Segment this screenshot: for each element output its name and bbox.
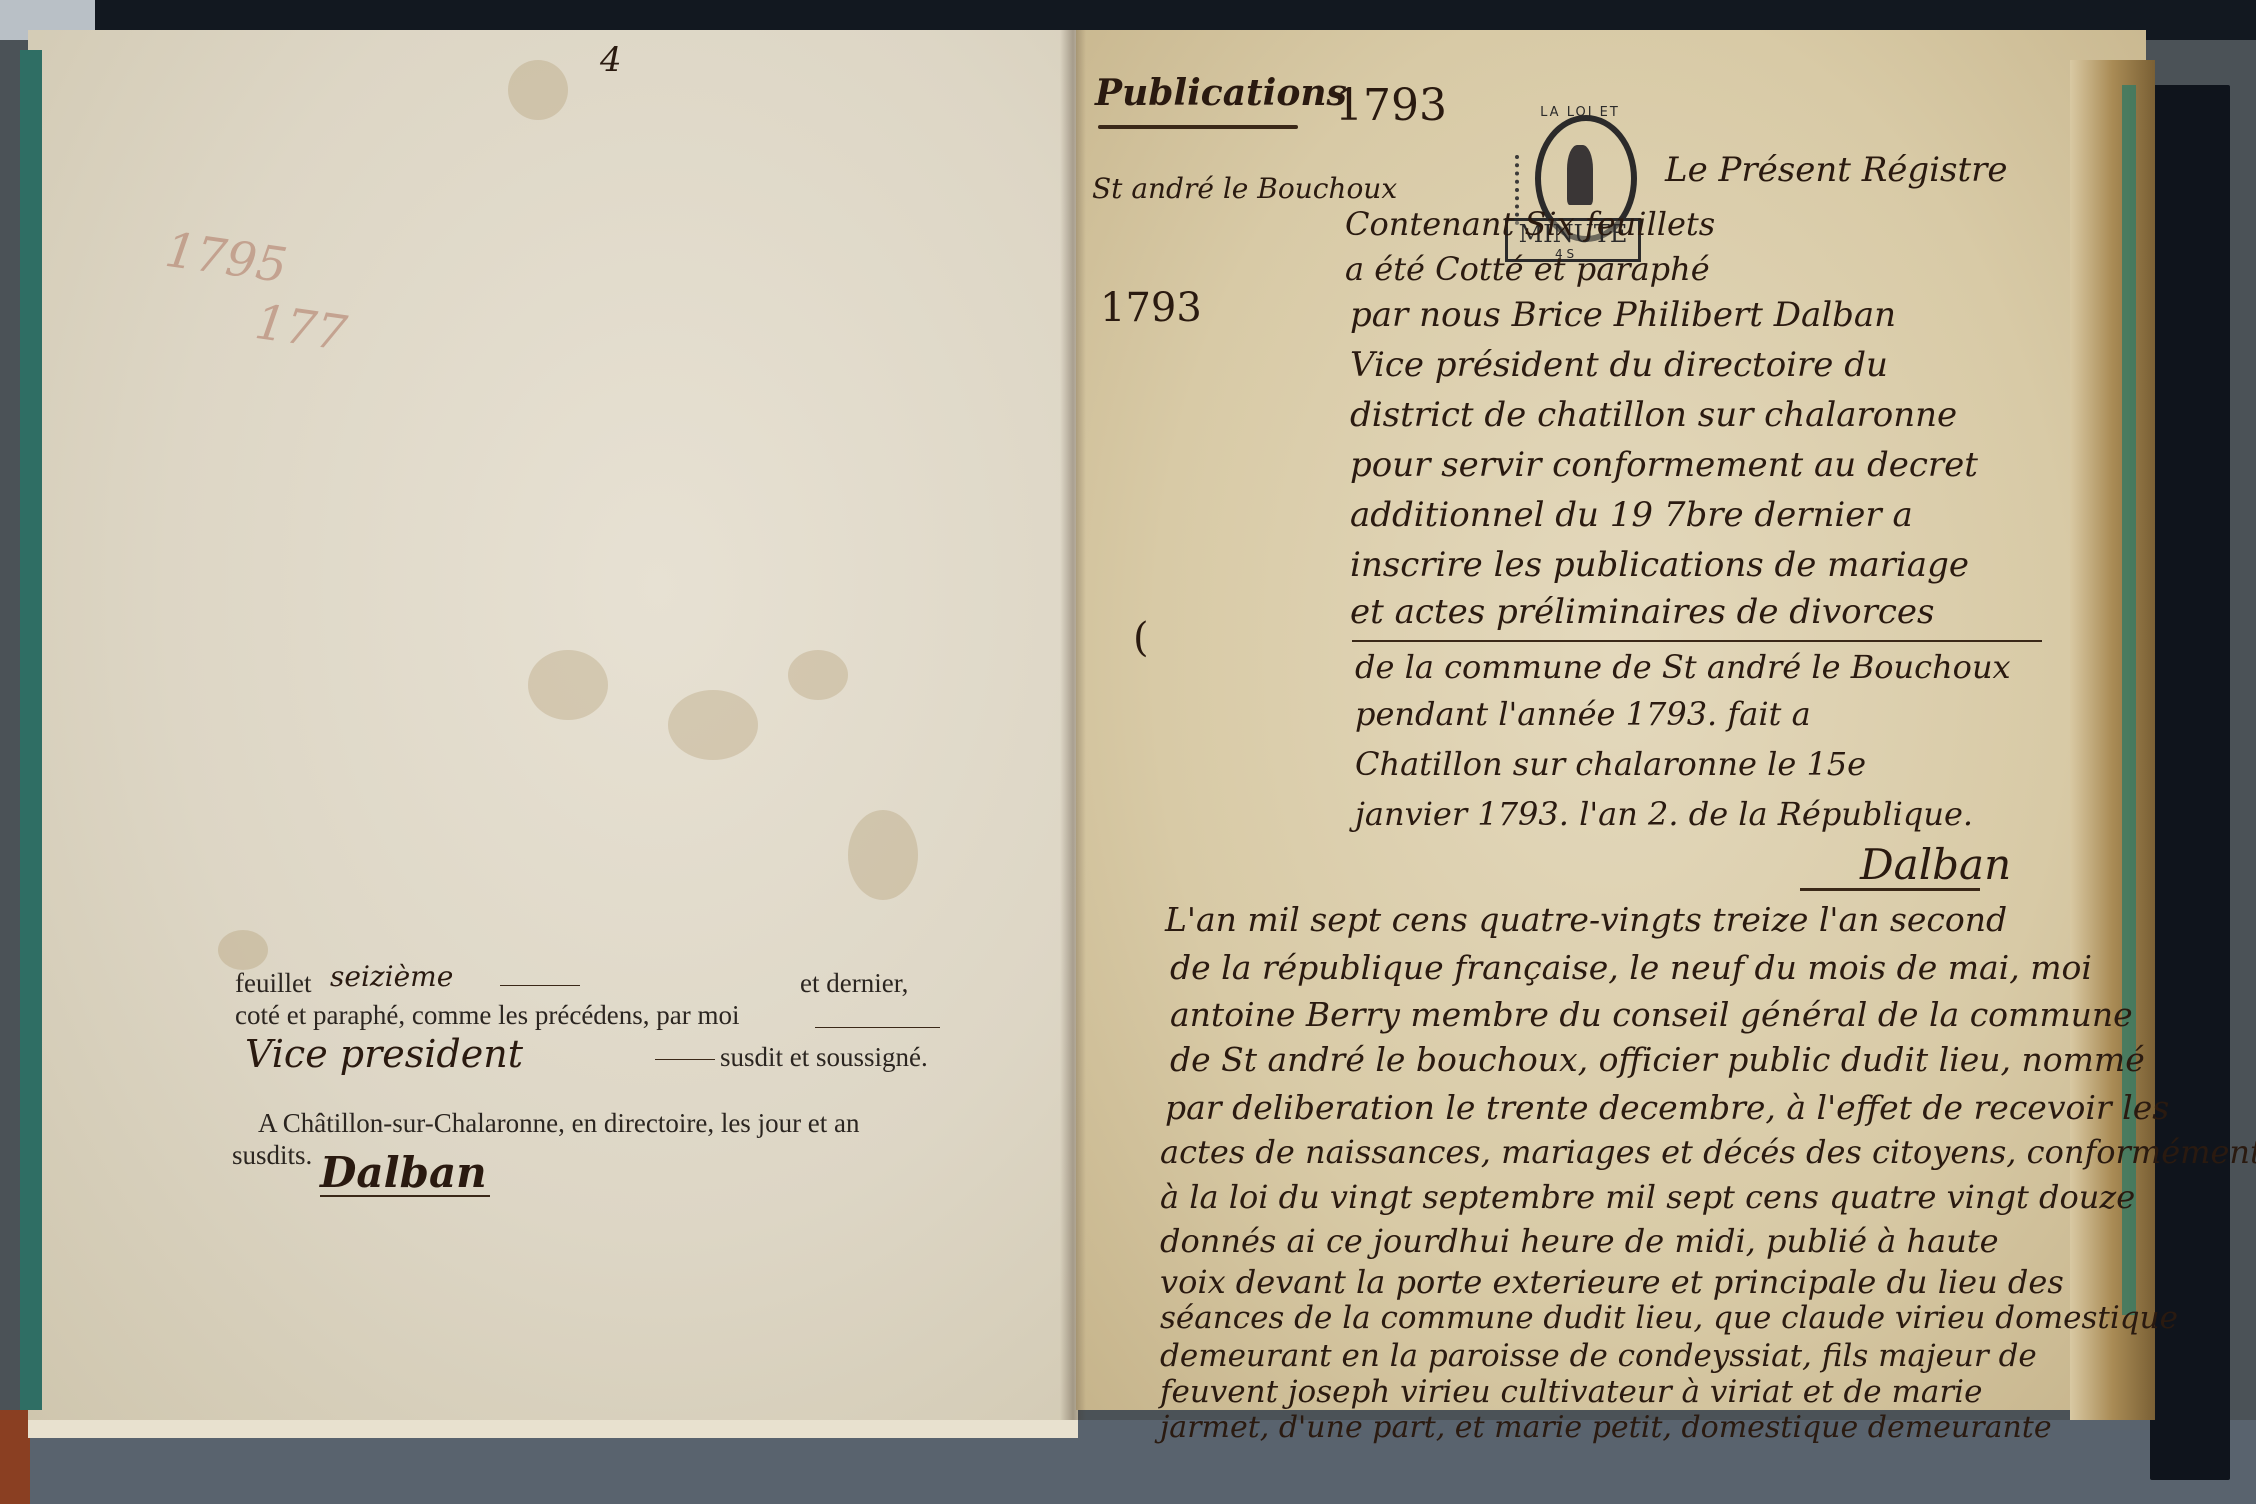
book-gutter [1060,30,1086,1420]
wood-table-edge [0,1410,30,1504]
entry-line: demeurant en la paroisse de condeyssiat,… [1160,1338,2037,1374]
preamble-line: janvier 1793. l'an 2. de la République. [1355,795,1973,833]
preamble-line: Chatillon sur chalaronne le 15e [1355,745,1866,783]
margin-year: 1793 [1100,285,1202,331]
printed-text: susdits. [232,1140,312,1171]
green-binding-strip [20,50,42,1410]
preamble-line: additionnel du 19 7bre dernier a [1350,495,1913,535]
entry-line: de la république française, le neuf du m… [1170,948,2092,987]
foxing-stain [668,690,758,760]
foxing-stain [848,810,918,900]
entry-line: séances de la commune dudit lieu, que cl… [1160,1300,2178,1336]
foxing-stain [218,930,268,970]
foxing-stain [788,650,848,700]
handwritten-fill: Vice president [245,1032,523,1076]
fill-rule [815,1027,940,1028]
preamble-line: Contenant Six feuillets [1345,205,1715,243]
handwritten-fill: seizième [330,960,453,993]
preamble-line: pendant l'année 1793. fait a [1355,695,1811,733]
signature-flourish [1800,888,1980,891]
entry-line: de St andré le bouchoux, officier public… [1170,1040,2145,1079]
corner-page-mark: 4 [600,40,622,80]
preamble-line: district de chatillon sur chalaronne [1350,395,1957,435]
stamp-banner: LA LOI ET [1525,105,1635,120]
section-rule [1352,640,2042,642]
worn-page-edges [2070,60,2155,1420]
printed-text: coté et paraphé, comme les précédens, pa… [235,1000,740,1031]
entry-line: feuvent joseph virieu cultivateur à viri… [1160,1374,1982,1410]
margin-mark: ( [1133,615,1149,661]
book-cover-edge [2150,85,2230,1480]
signature-flourish [320,1195,490,1197]
entry-line: à la loi du vingt septembre mil sept cen… [1160,1178,2135,1216]
entry-line: par deliberation le trente decembre, à l… [1165,1088,2169,1127]
register-title: Publications [1095,72,1347,114]
foxing-stain [528,650,608,720]
entry-line: voix devant la porte exterieure et princ… [1160,1263,2064,1301]
fill-rule [655,1059,715,1060]
preamble-line: par nous Brice Philibert Dalban [1350,295,1896,335]
entry-line: L'an mil sept cens quatre-vingts treize … [1165,900,2007,939]
entry-line: antoine Berry membre du conseil général … [1170,995,2133,1034]
preamble-line: et actes préliminaires de divorces [1350,592,1935,632]
foxing-stain [508,60,568,120]
preamble-line: Vice président du directoire du [1350,345,1888,385]
preamble-line: pour servir conformement au decret [1350,445,1978,485]
fill-rule [500,985,580,986]
printed-text: feuillet [235,968,311,999]
green-binding-strip [2122,85,2136,1315]
printed-text: et dernier, [800,968,908,999]
printed-text: susdit et soussigné. [720,1042,928,1073]
preamble-line: a été Cotté et paraphé [1345,250,1710,288]
preamble-signature: Dalban [1860,840,2011,889]
entry-line: donnés ai ce jourdhui heure de midi, pub… [1160,1222,1999,1260]
printed-text: A Châtillon-sur-Chalaronne, en directoir… [258,1108,860,1139]
register-year: 1793 [1335,80,1447,131]
entry-line: actes de naissances, mariages et décés d… [1160,1133,2256,1171]
title-underline [1098,125,1298,129]
entry-line: jarmet, d'une part, et marie petit, dome… [1160,1410,2052,1445]
preamble-line: inscrire les publications de mariage [1350,545,1969,585]
preamble-line: de la commune de St andré le Bouchoux [1355,648,2011,686]
seated-figure-icon [1567,145,1593,205]
signature: Dalban [320,1148,487,1197]
preamble-line: Le Présent Régistre [1665,150,2008,190]
margin-place-name: St andré le Bouchoux [1092,172,1397,205]
